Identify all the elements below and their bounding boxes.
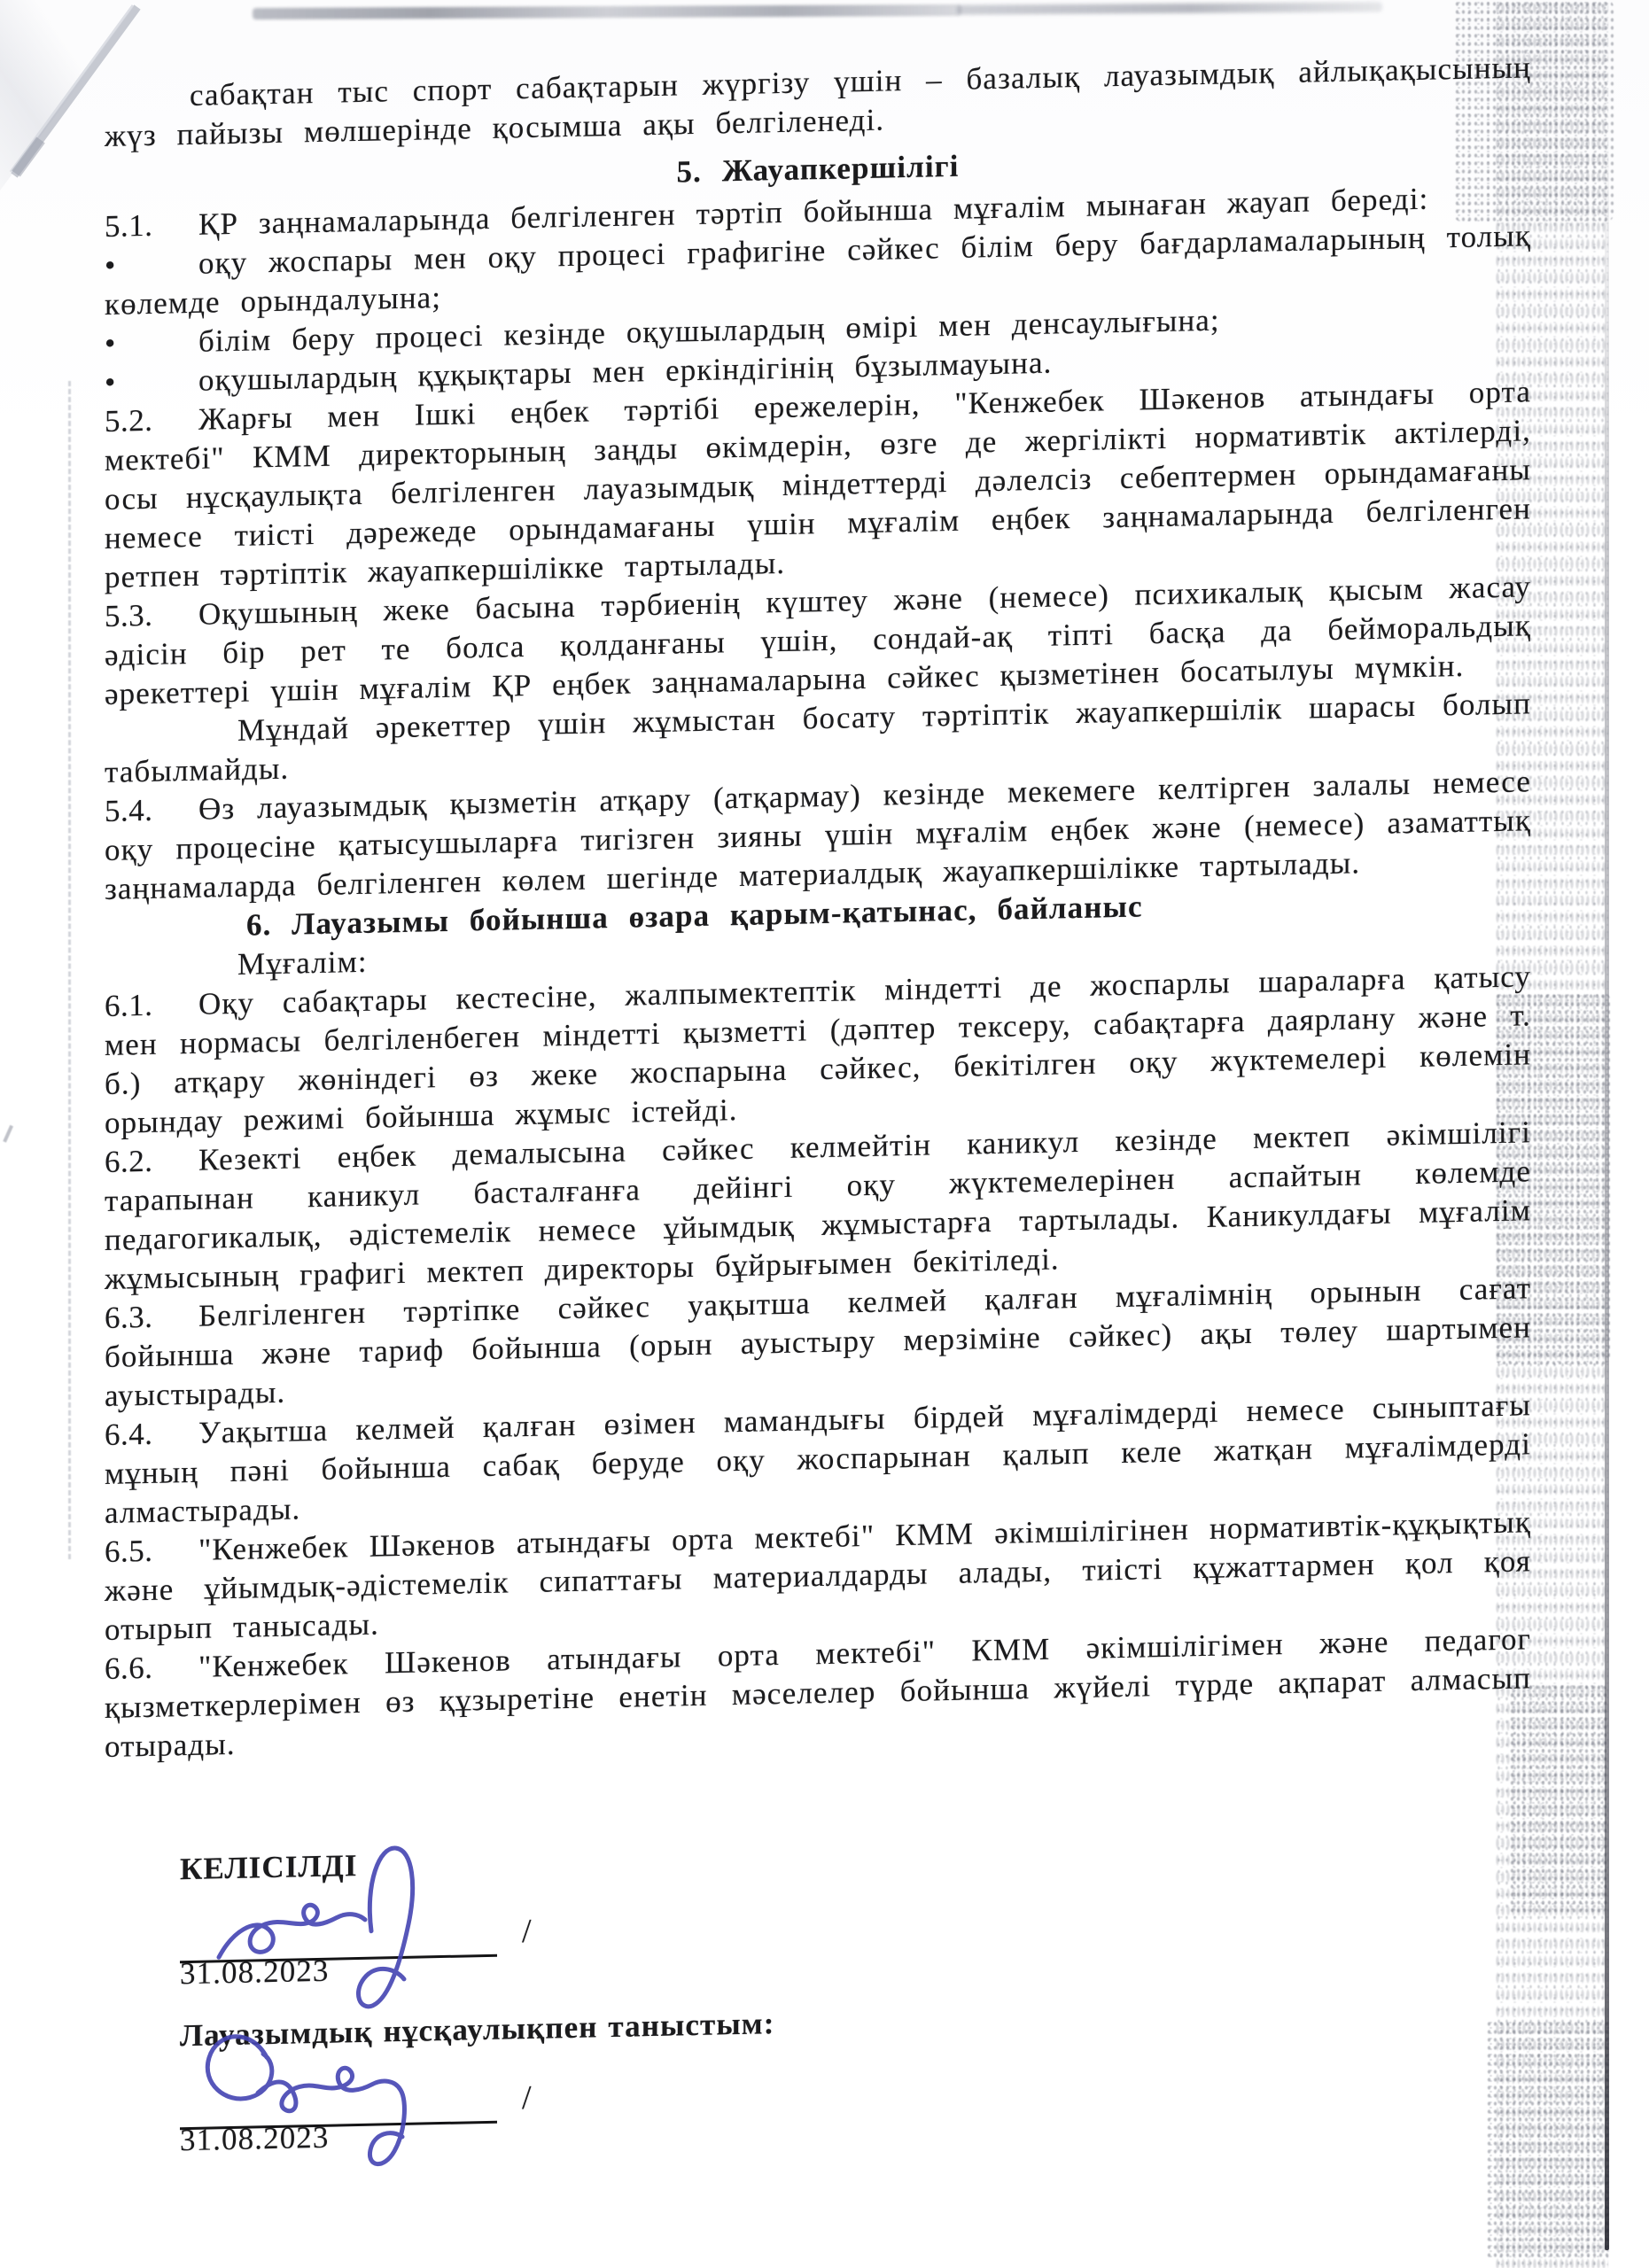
clause-number: 6.5. [105, 1531, 198, 1572]
paragraph-text: Мұғалім: [237, 944, 368, 982]
document-body: сабақтан тыс спорт сабақтарын жүргізу үш… [105, 48, 1531, 2162]
clause-number: 6.1. [105, 985, 198, 1026]
bullet-marker: • [105, 361, 198, 402]
clause-number: 5.2. [105, 400, 198, 441]
clause-number: 6.3. [105, 1297, 198, 1338]
clause-number: 6.4. [105, 1414, 198, 1455]
signature-slash: / [522, 2078, 533, 2117]
clause-number: 5.1. [105, 206, 198, 246]
clause-number: 5.3. [105, 595, 198, 636]
signature-block: КЕЛІСІЛДІ / 31.08.2023 Лауазымдық нұсқау… [180, 1821, 1531, 2160]
scan-edge-mark [3, 1125, 35, 1152]
paragraph: 5.2.Жарғы мен Ішкі еңбек тәртібі ережеле… [105, 372, 1531, 597]
clause-number: 5.4. [105, 790, 198, 831]
signature-slash: / [522, 1912, 533, 1951]
scan-edge-band [957, 2, 1382, 14]
paragraph-text: сабақтан тыс спорт сабақтарын жүргізу үш… [105, 50, 1531, 153]
acknowledged-label: Лауазымдық нұсқаулықпен таныстым: [180, 1988, 1531, 2055]
scanned-document-page: сабақтан тыс спорт сабақтарын жүргізу үш… [0, 0, 1649, 2268]
scan-page-edge-line [1605, 133, 1609, 2250]
bullet-marker: • [105, 245, 198, 285]
agreed-label: КЕЛІСІЛДІ [180, 1821, 1531, 1889]
clause-number: 6.2. [105, 1141, 198, 1182]
paragraph-text: Оқу сабақтары кестесіне, жалпымектептік … [105, 959, 1531, 1140]
page-crease-line [68, 381, 71, 1559]
heading-text: 5. Жауапкершілігі [677, 149, 960, 190]
scan-edge-band [253, 4, 961, 19]
bullet-marker: • [105, 322, 198, 363]
paragraph: 6.2.Кезекті еңбек демалысына сәйкес келм… [105, 1113, 1531, 1299]
paragraph: 6.1.Оқу сабақтары кестесіне, жалпымектеп… [105, 957, 1531, 1143]
paragraph-text: Кезекті еңбек демалысына сәйкес келмейті… [105, 1115, 1531, 1296]
paragraph-text: Жарғы мен Ішкі еңбек тәртібі ережелерін,… [105, 374, 1531, 594]
clause-number: 6.6. [105, 1648, 198, 1689]
